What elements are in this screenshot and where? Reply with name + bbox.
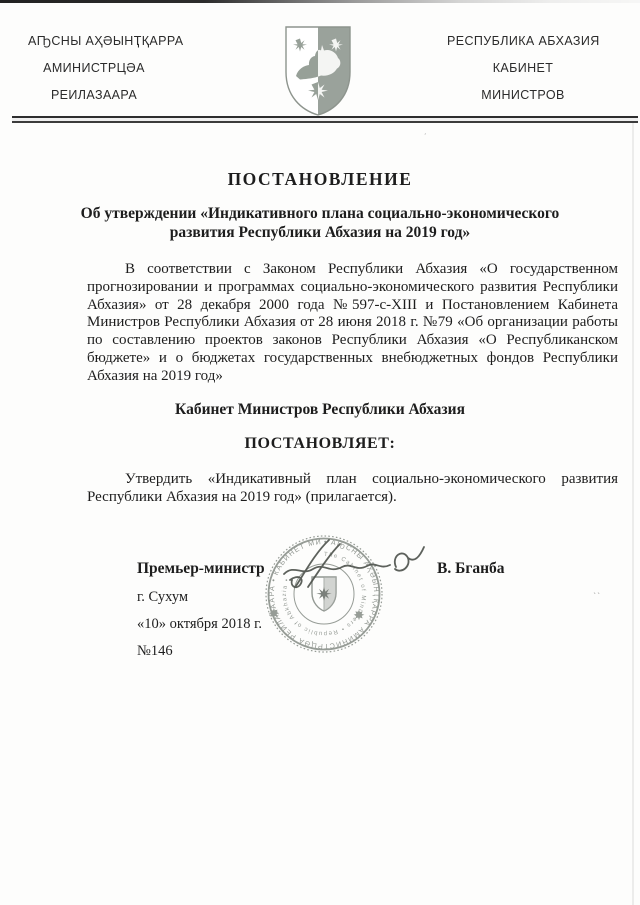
coat-of-arms-icon <box>283 24 353 118</box>
letterhead-abkhazian: АҦСНЫ АҲӘЫНҬҚАРРА АМИНИСТРЦӘА РЕИЛАЗААРА <box>28 28 160 109</box>
decree-preamble: В соответствии с Законом Республики Абха… <box>87 261 618 386</box>
resolution-keyword: ПОСТАНОВЛЯЕТ: <box>0 435 640 453</box>
scan-artifact-vertical-line <box>632 118 634 905</box>
scan-speck: , <box>424 127 427 136</box>
scan-speck: `` <box>593 592 601 601</box>
letterhead-line: АҦСНЫ АҲӘЫНҬҚАРРА <box>28 28 160 55</box>
scan-artifact-top-edge <box>0 0 640 3</box>
document-number: №146 <box>137 643 173 660</box>
letterhead-line: МИНИСТРОВ <box>447 82 599 109</box>
signer-title: Премьер-министр <box>137 560 265 578</box>
letterhead-line: АМИНИСТРЦӘА <box>28 55 160 82</box>
decree-subject: Об утверждении «Индикативного плана соци… <box>57 205 583 242</box>
scanned-decree-page: `` , АҦСНЫ АҲӘЫНҬҚАРРА АМИНИСТРЦӘА РЕИЛА… <box>0 0 640 905</box>
handwritten-signature <box>250 534 438 594</box>
letterhead-line: РЕИЛАЗААРА <box>28 82 160 109</box>
place-line: г. Сухум <box>137 589 188 606</box>
issuing-body: Кабинет Министров Республики Абхазия <box>0 401 640 419</box>
letterhead-line: КАБИНЕТ <box>447 55 599 82</box>
date-line: «10» октября 2018 г. <box>137 616 262 633</box>
resolution-text: Утвердить «Индикативный план социально-э… <box>87 471 618 507</box>
letterhead-russian: РЕСПУБЛИКА АБХАЗИЯ КАБИНЕТ МИНИСТРОВ <box>447 28 599 109</box>
signer-name: В. Бганба <box>437 560 505 578</box>
letterhead-line: РЕСПУБЛИКА АБХАЗИЯ <box>447 28 599 55</box>
letterhead-rule <box>12 116 638 123</box>
decree-title: ПОСТАНОВЛЕНИЕ <box>0 169 640 190</box>
